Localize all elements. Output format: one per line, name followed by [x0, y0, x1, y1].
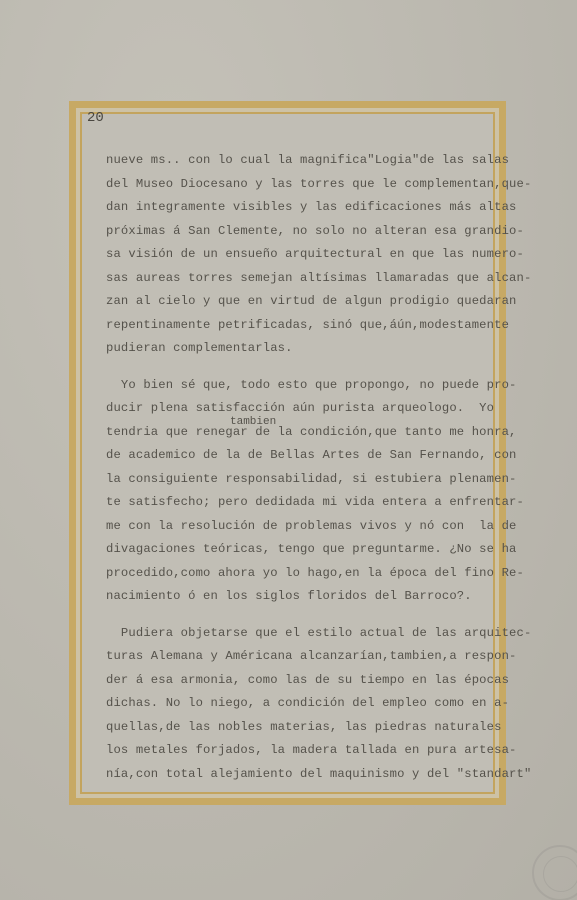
text-line: divagaciones teóricas, tengo que pregunt… [106, 538, 506, 562]
paragraph-gap [106, 609, 506, 622]
text-line: quellas,de las nobles materias, las pied… [106, 716, 506, 740]
text-line: zan al cielo y que en virtud de algun pr… [106, 290, 506, 314]
text-line: de academico de la de Bellas Artes de Sa… [106, 444, 506, 468]
text-line: tendria que renegar de la condición,que … [106, 421, 506, 445]
text-line: der á esa armonia, como las de su tiempo… [106, 669, 506, 693]
page-number: 20 [87, 110, 104, 126]
text-line: sas aureas torres semejan altísimas llam… [106, 267, 506, 291]
text-line: nacimiento ó en los siglos floridos del … [106, 585, 506, 609]
text-line: la consiguiente responsabilidad, si estu… [106, 468, 506, 492]
typed-text-body: nueve ms.. con lo cual la magnifica"Logi… [106, 149, 506, 786]
text-line: procedido,como ahora yo lo hago,en la ép… [106, 562, 506, 586]
text-line: sa visión de un ensueño arquitectural en… [106, 243, 506, 267]
text-line: dichas. No lo niego, a condición del emp… [106, 692, 506, 716]
text-line: los metales forjados, la madera tallada … [106, 739, 506, 763]
text-line: del Museo Diocesano y las torres que le … [106, 173, 506, 197]
text-line: repentinamente petrificadas, sinó que,áú… [106, 314, 506, 338]
text-line: pudieran complementarlas. [106, 337, 506, 361]
inserted-word: tambien [230, 416, 276, 428]
text-line: Pudiera objetarse que el estilo actual d… [106, 622, 506, 646]
text-line: te satisfecho; pero dedidada mi vida ent… [106, 491, 506, 515]
text-line: dan integramente visibles y las edificac… [106, 196, 506, 220]
archive-seal-stamp [532, 845, 577, 900]
text-line: me con la resolución de problemas vivos … [106, 515, 506, 539]
text-line: turas Alemana y Américana alcanzarían,ta… [106, 645, 506, 669]
text-line: Yo bien sé que, todo esto que propongo, … [106, 374, 506, 398]
text-line: nueve ms.. con lo cual la magnifica"Logi… [106, 149, 506, 173]
text-line: próximas á San Clemente, no solo no alte… [106, 220, 506, 244]
text-line: nía,con total alejamiento del maquinismo… [106, 763, 506, 787]
paragraph-gap [106, 361, 506, 374]
text-line: ducir plena satisfacción aún purista arq… [106, 397, 506, 421]
